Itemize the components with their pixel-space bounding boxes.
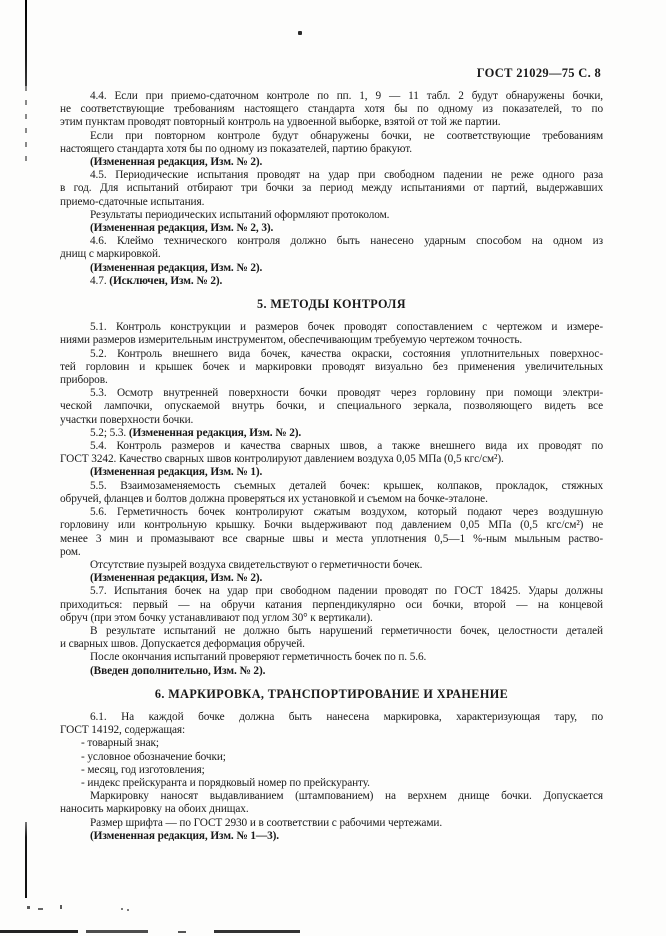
bold-text: (Исключен, Изм. № 2).	[109, 275, 222, 287]
text: ниями размеров измерительным инструменто…	[60, 334, 522, 346]
text-line: Если при повторном контроле будут обнару…	[60, 130, 603, 143]
text-line: участки поверхности бочки.	[60, 414, 603, 427]
text: обручей, фланцев и болтов должна проверя…	[60, 493, 488, 505]
text: - условное обозначение бочки;	[81, 751, 226, 763]
text: настоящего стандарта хотя бы по одному и…	[60, 143, 412, 155]
bold-text: (Введен дополнительно, Изм. № 2).	[90, 665, 265, 677]
bold-text: (Измененная редакция, Изм. № 1—3).	[90, 830, 279, 842]
text: тей горловин и крышек бочек и маркировки…	[60, 361, 603, 373]
text-line: 5.1. Контроль конструкции и размеров боч…	[60, 321, 603, 334]
scan-artifact-vertical-line-top	[25, 0, 27, 86]
text-line: Результаты периодических испытаний оформ…	[60, 209, 603, 222]
text: этим пунктам проводят повторный контроль…	[60, 116, 501, 128]
text: обруч (при этом бочку устанавливают под …	[60, 612, 373, 624]
scan-artifact-smudge	[27, 906, 30, 909]
text: 5.4. Контроль размеров и качества сварны…	[90, 440, 603, 452]
text-line: 6.1. На каждой бочке должна быть нанесен…	[60, 711, 603, 724]
text: - индекс прейскуранта и порядковый номер…	[81, 777, 370, 789]
text-line: 4.6. Клеймо технического контроля должно…	[60, 235, 603, 248]
text-line: Размер шрифта — по ГОСТ 2930 и в соответ…	[60, 817, 603, 830]
text-line: обручей, фланцев и болтов должна проверя…	[60, 493, 603, 506]
text: Если при повторном контроле будут обнару…	[90, 130, 603, 142]
text: участки поверхности бочки.	[60, 414, 193, 426]
text: не соответствующие требованиям настоящег…	[60, 103, 603, 115]
document-body: 4.4. Если при приемо-сдаточном контроле …	[60, 90, 603, 843]
text: 4.5. Периодические испытания проводят на…	[90, 169, 603, 181]
text: 5.3. Осмотр внутренней поверхности бочки…	[90, 387, 603, 399]
text-line: этим пунктам проводят повторный контроль…	[60, 116, 603, 129]
text: ческой лампочки, опускаемой внутрь бочки…	[60, 400, 603, 412]
text: В результате испытаний не должно быть на…	[90, 625, 603, 637]
bold-text: (Измененная редакция, Изм. № 2).	[90, 262, 262, 274]
text: Маркировку наносят выдавливанием (штампо…	[90, 790, 603, 802]
text: 4.4. Если при приемо-сдаточном контроле …	[90, 90, 603, 102]
text-line: ГОСТ 3242. Качество сварных швов контрол…	[60, 453, 603, 466]
text-line: (Введен дополнительно, Изм. № 2).	[60, 665, 603, 678]
text-line: 5.7. Испытания бочек на удар при свободн…	[60, 585, 603, 598]
text: Размер шрифта — по ГОСТ 2930 и в соответ…	[90, 817, 442, 829]
text-line: 5.6. Герметичность бочек контролируют сж…	[60, 506, 603, 519]
text-line: - месяц, год изготовления;	[60, 764, 603, 777]
text: После окончания испытаний проверяют герм…	[90, 651, 426, 663]
text-line: 5.2. Контроль внешнего вида бочек, качес…	[60, 348, 603, 361]
page-header: ГОСТ 21029—75 С. 8	[60, 66, 603, 81]
scan-artifact-bottom-line-segment	[86, 930, 148, 933]
text-line: приборов.	[60, 374, 603, 387]
text: ГОСТ 14192, содержащая:	[60, 724, 185, 736]
text: 6.1. На каждой бочке должна быть нанесен…	[90, 711, 603, 723]
text: Отсутствие пузырей воздуха свидетельству…	[90, 559, 422, 571]
bold-text: (Измененная редакция, Изм. № 2, 3).	[90, 222, 273, 234]
text-line: 4.4. Если при приемо-сдаточном контроле …	[60, 90, 603, 103]
text-line: не соответствующие требованиям настоящег…	[60, 103, 603, 116]
scan-artifact-bottom-line-segment	[0, 930, 78, 933]
bold-text: 6. МАРКИРОВКА, ТРАНСПОРТИРОВАНИЕ И ХРАНЕ…	[155, 687, 508, 701]
text-line: 4.7. (Исключен, Изм. № 2).	[60, 275, 603, 288]
scan-artifact-dot	[298, 31, 302, 35]
text: приемо-сдаточные испытания.	[60, 196, 204, 208]
text-line: приходиться: первый — на обручи катания …	[60, 599, 603, 612]
scan-artifact-bottom-line-segment	[178, 931, 186, 933]
bold-text: 5. МЕТОДЫ КОНТРОЛЯ	[257, 297, 406, 311]
text-line: тей горловин и крышек бочек и маркировки…	[60, 361, 603, 374]
text: ГОСТ 3242. Качество сварных швов контрол…	[60, 453, 504, 465]
text-line: Отсутствие пузырей воздуха свидетельству…	[60, 559, 603, 572]
text: - товарный знак;	[81, 737, 159, 749]
bold-text: (Измененная редакция, Изм. № 2).	[90, 572, 262, 584]
text-line: 5.2; 5.3. (Измененная редакция, Изм. № 2…	[60, 427, 603, 440]
text-line: менее 3 мин и промазывают все сварные шв…	[60, 533, 603, 546]
text-line: днищ с маркировкой.	[60, 248, 603, 261]
text-line: 5.5. Взаимозаменяемость съемных деталей …	[60, 480, 603, 493]
scan-artifact-smudge	[121, 908, 123, 910]
text-line: в год. Для испытаний отбирают три бочки …	[60, 182, 603, 195]
text: и сварных швов. Допускается деформация о…	[60, 638, 305, 650]
text-line: обруч (при этом бочку устанавливают под …	[60, 612, 603, 625]
text-line: - индекс прейскуранта и порядковый номер…	[60, 777, 603, 790]
text-line: После окончания испытаний проверяют герм…	[60, 651, 603, 664]
text: 5.7. Испытания бочек на удар при свободн…	[90, 585, 603, 597]
text: наносить маркировку на обоих днищах.	[60, 803, 249, 815]
scan-artifact-vertical-line-fade	[25, 86, 27, 166]
text: Результаты периодических испытаний оформ…	[90, 209, 389, 221]
text-line: ГОСТ 14192, содержащая:	[60, 724, 603, 737]
document-page: ГОСТ 21029—75 С. 8 4.4. Если при приемо-…	[0, 0, 666, 936]
text-line: (Измененная редакция, Изм. № 2, 3).	[60, 222, 603, 235]
text-line: (Измененная редакция, Изм. № 2).	[60, 572, 603, 585]
text: 5.1. Контроль конструкции и размеров боч…	[90, 321, 603, 333]
text: менее 3 мин и промазывают все сварные шв…	[60, 533, 603, 545]
text-line: 5.4. Контроль размеров и качества сварны…	[60, 440, 603, 453]
text-line: 5.3. Осмотр внутренней поверхности бочки…	[60, 387, 603, 400]
bold-text: (Измененная редакция, Изм. № 2).	[90, 156, 262, 168]
bold-text: (Измененная редакция, Изм. № 2).	[129, 427, 301, 439]
text-line: - товарный знак;	[60, 737, 603, 750]
text: - месяц, год изготовления;	[81, 764, 205, 776]
section-heading: 5. МЕТОДЫ КОНТРОЛЯ	[60, 298, 603, 311]
text: 5.6. Герметичность бочек контролируют сж…	[90, 506, 603, 518]
text: 5.2. Контроль внешнего вида бочек, качес…	[90, 348, 603, 360]
doc-number: ГОСТ 21029—75 С. 8	[477, 66, 601, 80]
text: приходиться: первый — на обручи катания …	[60, 599, 603, 611]
text: 5.5. Взаимозаменяемость съемных деталей …	[90, 480, 603, 492]
text: приборов.	[60, 374, 108, 386]
text: днищ с маркировкой.	[60, 248, 161, 260]
text-line: ниями размеров измерительным инструменто…	[60, 334, 603, 347]
scan-artifact-smudge	[38, 908, 43, 910]
section-heading: 6. МАРКИРОВКА, ТРАНСПОРТИРОВАНИЕ И ХРАНЕ…	[60, 688, 603, 701]
text-line: горловину или контрольную крышку. Бочки …	[60, 519, 603, 532]
text: горловину или контрольную крышку. Бочки …	[60, 519, 603, 531]
text-line: (Измененная редакция, Изм. № 2).	[60, 156, 603, 169]
text-line: 4.5. Периодические испытания проводят на…	[60, 169, 603, 182]
text-line: В результате испытаний не должно быть на…	[60, 625, 603, 638]
text-line: настоящего стандарта хотя бы по одному и…	[60, 143, 603, 156]
scan-artifact-smudge	[127, 909, 129, 911]
text: 4.6. Клеймо технического контроля должно…	[90, 235, 603, 247]
text-line: (Измененная редакция, Изм. № 2).	[60, 262, 603, 275]
bold-text: (Измененная редакция, Изм. № 1).	[90, 466, 262, 478]
text-line: - условное обозначение бочки;	[60, 751, 603, 764]
text: 5.2; 5.3.	[90, 427, 129, 439]
scan-artifact-vertical-line-bottom	[25, 822, 27, 898]
text-line: наносить маркировку на обоих днищах.	[60, 803, 603, 816]
text-line: (Измененная редакция, Изм. № 1).	[60, 466, 603, 479]
text: ром.	[60, 546, 81, 558]
text-line: ческой лампочки, опускаемой внутрь бочки…	[60, 400, 603, 413]
text-line: Маркировку наносят выдавливанием (штампо…	[60, 790, 603, 803]
text-line: приемо-сдаточные испытания.	[60, 196, 603, 209]
text-line: (Измененная редакция, Изм. № 1—3).	[60, 830, 603, 843]
scan-artifact-smudge	[60, 905, 62, 909]
text: 4.7.	[90, 275, 109, 287]
text-line: и сварных швов. Допускается деформация о…	[60, 638, 603, 651]
scan-artifact-bottom-line-segment	[214, 930, 300, 933]
text: в год. Для испытаний отбирают три бочки …	[60, 182, 603, 194]
text-line: ром.	[60, 546, 603, 559]
